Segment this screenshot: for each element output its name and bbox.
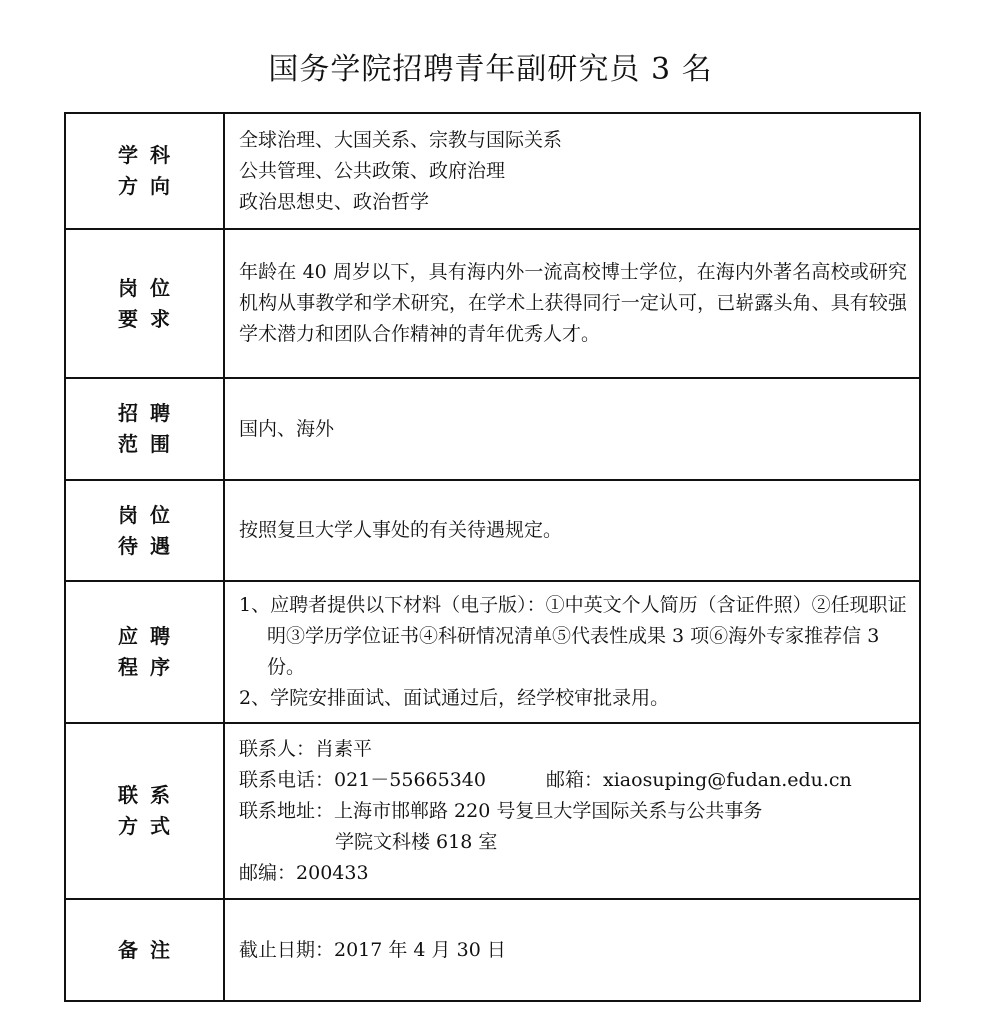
label-line: 方向	[78, 171, 222, 202]
email-label: 邮箱：	[546, 769, 603, 791]
recruitment-table: 学科 方向 全球治理、大国关系、宗教与国际关系 公共管理、公共政策、政府治理 政…	[64, 112, 921, 1002]
row-contact: 联系 方式 联系人：肖素平 联系电话：021－55665340邮箱：xiaosu…	[65, 723, 920, 899]
content-requirements: 年龄在 40 周岁以下，具有海内外一流高校博士学位，在海内外著名高校或研究机构从…	[224, 229, 920, 378]
discipline-item: 全球治理、大国关系、宗教与国际关系	[239, 125, 907, 156]
label-line: 招聘	[78, 398, 222, 429]
label-line: 备注	[78, 935, 222, 966]
label-remarks: 备注	[65, 899, 224, 1001]
label-line: 学科	[78, 140, 222, 171]
row-benefits: 岗位 待遇 按照复旦大学人事处的有关待遇规定。	[65, 480, 920, 581]
content-scope: 国内、海外	[224, 378, 920, 480]
contact-phone-email: 联系电话：021－55665340邮箱：xiaosuping@fudan.edu…	[239, 765, 907, 796]
procedure-item-2: 2、学院安排面试、面试通过后，经学校审批录用。	[239, 683, 907, 714]
row-scope: 招聘 范围 国内、海外	[65, 378, 920, 480]
address-label: 联系地址：	[239, 800, 334, 822]
phone-number: 021－55665340	[334, 769, 486, 791]
address-line-1: 上海市邯郸路 220 号复旦大学国际关系与公共事务	[334, 800, 762, 822]
contact-person: 联系人：肖素平	[239, 734, 907, 765]
label-line: 范围	[78, 429, 222, 460]
discipline-item: 公共管理、公共政策、政府治理	[239, 156, 907, 187]
deadline-text: 截止日期：2017 年 4 月 30 日	[239, 935, 907, 966]
postcode-value: 200433	[296, 862, 369, 884]
content-benefits: 按照复旦大学人事处的有关待遇规定。	[224, 480, 920, 581]
row-procedure: 应聘 程序 1、应聘者提供以下材料（电子版）：①中英文个人简历（含证件照）②任现…	[65, 581, 920, 723]
scope-text: 国内、海外	[239, 414, 907, 445]
label-discipline: 学科 方向	[65, 113, 224, 229]
contact-person-label: 联系人：	[239, 738, 315, 760]
postcode-label: 邮编：	[239, 862, 296, 884]
phone-label: 联系电话：	[239, 769, 334, 791]
label-line: 岗位	[78, 500, 222, 531]
label-line: 待遇	[78, 531, 222, 562]
label-line: 程序	[78, 652, 222, 683]
content-remarks: 截止日期：2017 年 4 月 30 日	[224, 899, 920, 1001]
label-requirements: 岗位 要求	[65, 229, 224, 378]
row-remarks: 备注 截止日期：2017 年 4 月 30 日	[65, 899, 920, 1001]
contact-address: 联系地址：上海市邯郸路 220 号复旦大学国际关系与公共事务	[239, 796, 907, 827]
label-line: 岗位	[78, 273, 222, 304]
requirements-text: 年龄在 40 周岁以下，具有海内外一流高校博士学位，在海内外著名高校或研究机构从…	[239, 257, 907, 350]
address-line-2: 学院文科楼 618 室	[239, 827, 907, 858]
discipline-item: 政治思想史、政治哲学	[239, 187, 907, 218]
label-line: 联系	[78, 780, 222, 811]
label-line: 应聘	[78, 621, 222, 652]
label-procedure: 应聘 程序	[65, 581, 224, 723]
email-address[interactable]: xiaosuping@fudan.edu.cn	[603, 769, 852, 791]
content-procedure: 1、应聘者提供以下材料（电子版）：①中英文个人简历（含证件照）②任现职证明③学历…	[224, 581, 920, 723]
label-line: 方式	[78, 811, 222, 842]
row-discipline: 学科 方向 全球治理、大国关系、宗教与国际关系 公共管理、公共政策、政府治理 政…	[65, 113, 920, 229]
procedure-item-1: 1、应聘者提供以下材料（电子版）：①中英文个人简历（含证件照）②任现职证明③学历…	[239, 590, 907, 683]
contact-person-name: 肖素平	[315, 738, 372, 760]
row-requirements: 岗位 要求 年龄在 40 周岁以下，具有海内外一流高校博士学位，在海内外著名高校…	[65, 229, 920, 378]
contact-postcode: 邮编：200433	[239, 858, 907, 889]
page-title: 国务学院招聘青年副研究员 3 名	[0, 44, 981, 88]
benefits-text: 按照复旦大学人事处的有关待遇规定。	[239, 515, 907, 546]
label-benefits: 岗位 待遇	[65, 480, 224, 581]
content-contact: 联系人：肖素平 联系电话：021－55665340邮箱：xiaosuping@f…	[224, 723, 920, 899]
label-scope: 招聘 范围	[65, 378, 224, 480]
label-line: 要求	[78, 304, 222, 335]
label-contact: 联系 方式	[65, 723, 224, 899]
content-discipline: 全球治理、大国关系、宗教与国际关系 公共管理、公共政策、政府治理 政治思想史、政…	[224, 113, 920, 229]
